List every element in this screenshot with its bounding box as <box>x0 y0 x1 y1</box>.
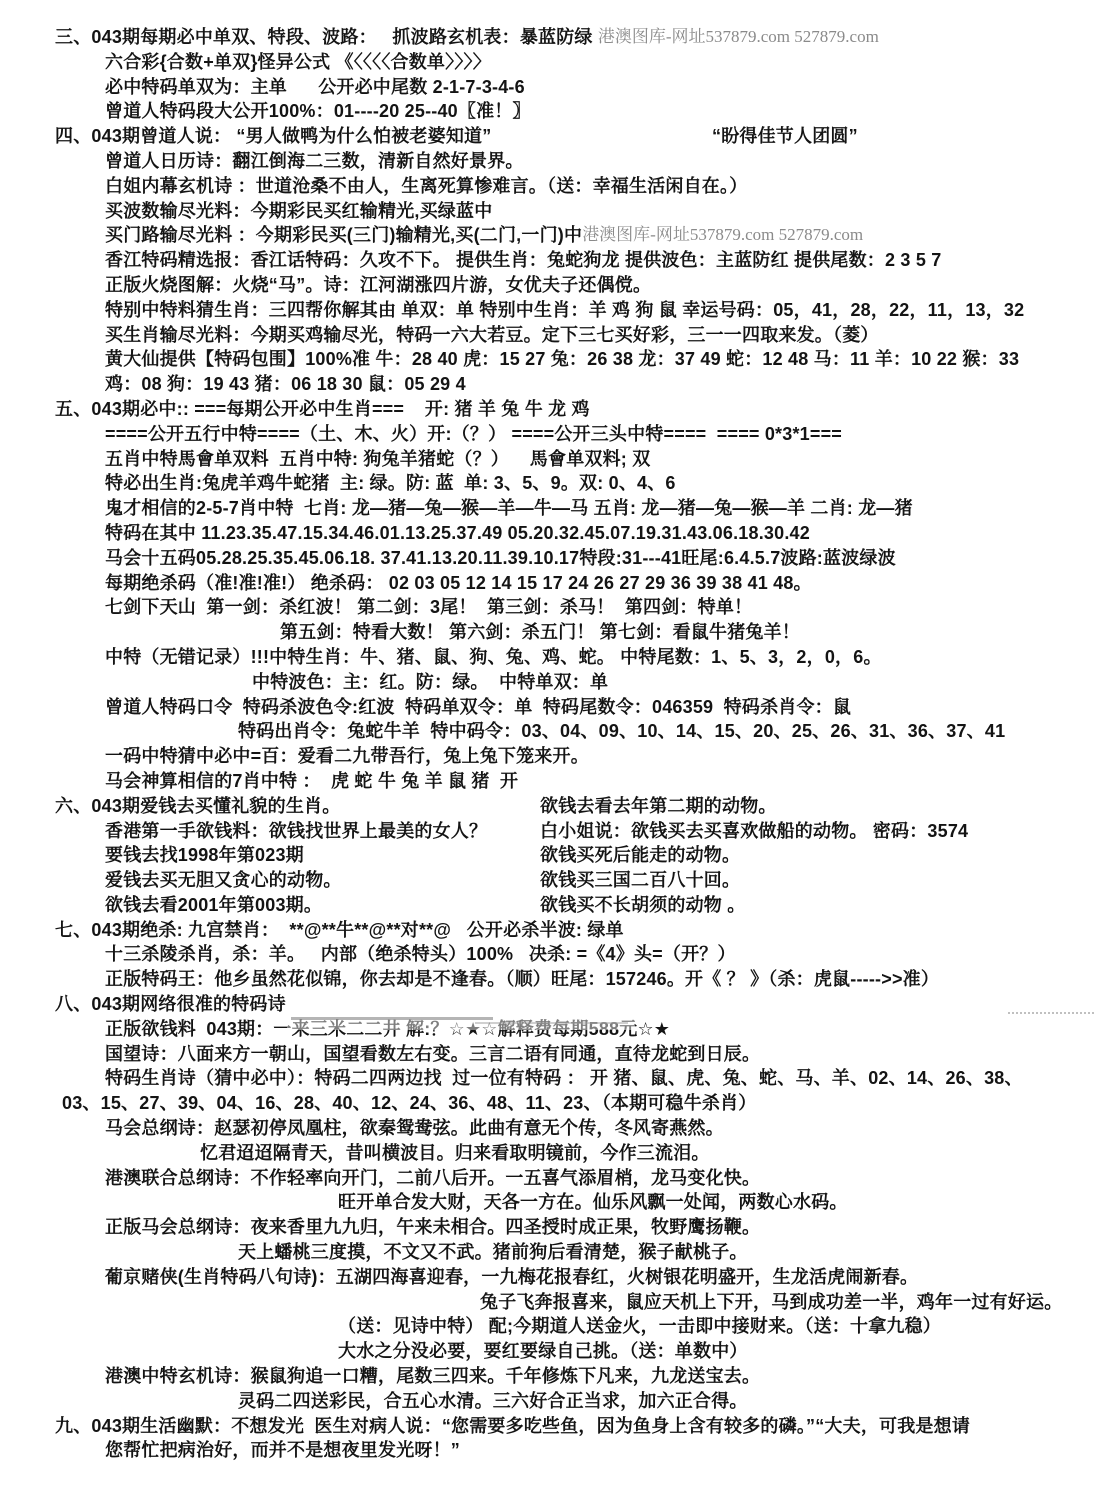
line-text: 四、043期曾道人说： “男人做鸭为什么怕被老婆知道” <box>55 126 491 146</box>
text-line: 正版火烧图解：火烧“马”。诗：江河湖涨四片游，女优夫子还偶傥。 <box>0 273 1120 298</box>
line-text: 七剑下天山 第一剑：杀红波！ 第二剑：3尾！ 第三剑：杀马！ 第四剑：特单！ <box>105 597 752 617</box>
text-line: 特别中特料猜生肖：三四帮你解其由 单双：单 特别中生肖：羊 鸡 狗 鼠 幸运号码… <box>0 298 1120 323</box>
line-text: 每期绝杀码（准!准!准!） 绝杀码： 02 03 05 12 14 15 17 … <box>105 573 812 593</box>
line-text: 正版欲钱料 043期：一来三米二二井 解:？☆★☆解释费每期588元☆★ <box>105 1019 670 1039</box>
line-text: 鸡：08 狗：19 43 猪：06 18 30 鼠：05 29 4 <box>105 374 466 394</box>
text-line: 买生肖输尽光料：今期买鸡输尽光，特码一六大若豆。定下三七买好彩，三一一四取来发。… <box>0 323 1120 348</box>
line-text-col2: 欲钱去看去年第二期的动物。 <box>540 794 777 819</box>
text-line: 香港第一手欲钱料：欲钱找世界上最美的女人？白小姐说：欲钱买去买喜欢做船的动物。 … <box>0 819 1120 844</box>
text-line: 一码中特猜中必中=百：爱看二九带吾行，兔上兔下笼来开。 <box>0 744 1120 769</box>
line-text: 买生肖输尽光料：今期买鸡输尽光，特码一六大若豆。定下三七买好彩，三一一四取来发。… <box>105 325 879 345</box>
text-line: 买波数输尽光料：今期彩民买红输精光,买绿蓝中 <box>0 199 1120 224</box>
text-line: 九、043期生活幽默：不想发光 医生对病人说：“您需要多吃些鱼，因为鱼身上含有较… <box>0 1414 1120 1439</box>
line-text: 曾道人日历诗：翻江倒海二三数，清新自然好景界。 <box>105 151 524 171</box>
line-text: 灵码二四送彩民，合五心水清。三六好合正当求，加六正合得。 <box>238 1391 748 1411</box>
line-text: 03、15、27、39、04、16、28、40、12、24、36、48、11、2… <box>62 1093 757 1113</box>
text-line: 大水之分没必要，要红要绿自己挑。（送：单数中） <box>0 1339 1120 1364</box>
text-line: 正版特码王：他乡虽然花似锦，你去却是不逢春。（顺）旺尾：157246。开《 ？ … <box>0 967 1120 992</box>
line-text: 正版火烧图解：火烧“马”。诗：江河湖涨四片游，女优夫子还偶傥。 <box>105 275 651 295</box>
text-line: 要钱去找1998年第023期欲钱买死后能走的动物。 <box>0 843 1120 868</box>
text-line: 曾道人特码段大公开100%：01----20 25--40〖准！〗 <box>0 99 1120 124</box>
line-text: 特必出生肖:兔虎羊鸡牛蛇猪 主: 绿。防: 蓝 单: 3、5、9。双: 0、4、… <box>105 473 676 493</box>
line-text: 第五剑：特看大数！ 第六剑：杀五门！ 第七剑：看鼠牛猪兔羊！ <box>280 622 800 642</box>
line-text-col2: 欲钱买三国二百八十回。 <box>540 868 740 893</box>
text-line: 特码出肖令：兔蛇牛羊 特中码令：03、04、09、10、14、15、20、25、… <box>0 719 1120 744</box>
line-text: （送：见诗中特） 配;今期道人送金火，一击即中接财来。（送：十拿九稳） <box>338 1316 941 1336</box>
line-text: 三、043期每期必中单双、特段、波路： 抓波路玄机表：暴蓝防绿 <box>55 27 598 47</box>
text-line: 特码在其中 11.23.35.47.15.34.46.01.13.25.37.4… <box>0 521 1120 546</box>
line-text: 六合彩{合数+单双}怪异公式 《〈〈〈〈合数单〉〉〉〉 <box>105 52 491 72</box>
line-text: 要钱去找1998年第023期 <box>105 845 304 865</box>
text-line: 特必出生肖:兔虎羊鸡牛蛇猪 主: 绿。防: 蓝 单: 3、5、9。双: 0、4、… <box>0 471 1120 496</box>
text-line: 七剑下天山 第一剑：杀红波！ 第二剑：3尾！ 第三剑：杀马！ 第四剑：特单！ <box>0 595 1120 620</box>
watermark-text: 港澳图库-网址537879.com 527879.com <box>598 27 879 46</box>
line-text: 天上蟠桃三度摸，不文又不武。猪前狗后看清楚，猴子献桃子。 <box>238 1242 748 1262</box>
text-line: ====公开五行中特====（土、木、火）开:（？） ====公开三头中特===… <box>0 422 1120 447</box>
text-line: 必中特码单双为：主单 公开必中尾数 2-1-7-3-4-6 <box>0 75 1120 100</box>
line-text: 白姐内幕玄机诗 ：世道沧桑不由人，生离死算惨难言。（送：幸福生活闲自在。） <box>105 176 747 196</box>
text-line: 马会总纲诗：赵瑟初停凤凰柱，欲秦鸳鸯弦。此曲有意无个传，冬风寄燕然。 <box>0 1116 1120 1141</box>
line-text: 曾道人特码口令 特码杀波色令:红波 特码单双令：单 特码尾数令：046359 特… <box>105 697 851 717</box>
text-line: 中特（无错记录）!!!中特生肖：牛、猪、鼠、狗、兔、鸡、蛇。 中特尾数：1、5、… <box>0 645 1120 670</box>
line-text-col2: 欲钱买不长胡须的动物 。 <box>540 893 745 918</box>
line-text: 您帮忙把病治好，而并不是想夜里发光呀！” <box>105 1440 460 1460</box>
line-text: 港澳中特玄机诗：猴鼠狗追一口糟，尾数三四来。千年修炼下凡来，九龙送宝去。 <box>105 1366 760 1386</box>
text-line: 鬼才相信的2-5-7肖中特 七肖: 龙—猪—兔—猴—羊—牛—马 五肖: 龙—猪—… <box>0 496 1120 521</box>
text-line: 十三杀陵杀肖，杀：羊。 内部（绝杀特头）100% 决杀: =《4》头=（开？） <box>0 942 1120 967</box>
line-text: 一码中特猜中必中=百：爱看二九带吾行，兔上兔下笼来开。 <box>105 746 589 766</box>
line-text: 大水之分没必要，要红要绿自己挑。（送：单数中） <box>338 1341 748 1361</box>
text-line: 港澳联合总纲诗：不作轻率向开门，二前八后开。一五喜气添眉梢，龙马变化快。 <box>0 1166 1120 1191</box>
text-line: 四、043期曾道人说： “男人做鸭为什么怕被老婆知道”“盼得佳节人团圆” <box>0 124 1120 149</box>
text-line: 正版欲钱料 043期：一来三米二二井 解:？☆★☆解释费每期588元☆★ <box>0 1017 1120 1042</box>
line-text: 马会总纲诗：赵瑟初停凤凰柱，欲秦鸳鸯弦。此曲有意无个传，冬风寄燕然。 <box>105 1118 724 1138</box>
line-text: 特码出肖令：兔蛇牛羊 特中码令：03、04、09、10、14、15、20、25、… <box>238 721 1005 741</box>
text-line: 八、043期网络很准的特码诗 <box>0 992 1120 1017</box>
line-text: 八、043期网络很准的特码诗 <box>55 994 286 1014</box>
line-text: 中特（无错记录）!!!中特生肖：牛、猪、鼠、狗、兔、鸡、蛇。 中特尾数：1、5、… <box>105 647 882 667</box>
line-text: 中特波色：主：红。防：绿。 中特单双：单 <box>252 672 608 692</box>
line-text: 鬼才相信的2-5-7肖中特 七肖: 龙—猪—兔—猴—羊—牛—马 五肖: 龙—猪—… <box>105 498 913 518</box>
line-text: 正版马会总纲诗：夜来香里九九归，午来未相合。四圣授时成正果，牧野鹰扬鞭。 <box>105 1217 760 1237</box>
text-line: 灵码二四送彩民，合五心水清。三六好合正当求，加六正合得。 <box>0 1389 1120 1414</box>
tips-document: 三、043期每期必中单双、特段、波路： 抓波路玄机表：暴蓝防绿 港澳图库-网址5… <box>0 0 1120 1463</box>
line-text: 国望诗：八面来方一朝山，国望看数左右变。三言二语有同通，直待龙蛇到日辰。 <box>105 1044 760 1064</box>
line-text: 旺开单合发大财，天各一方在。仙乐风飘一处闻，两数心水码。 <box>338 1192 848 1212</box>
line-text: 十三杀陵杀肖，杀：羊。 内部（绝杀特头）100% 决杀: =《4》头=（开？） <box>105 944 736 964</box>
text-line: （送：见诗中特） 配;今期道人送金火，一击即中接财来。（送：十拿九稳） <box>0 1314 1120 1339</box>
text-line: 旺开单合发大财，天各一方在。仙乐风飘一处闻，两数心水码。 <box>0 1190 1120 1215</box>
line-text: 爱钱去买无胆又贪心的动物。 <box>105 870 342 890</box>
line-text: 忆君迢迢隔青天，昔叫横波目。归来看取明镜前，今作三流泪。 <box>200 1143 710 1163</box>
text-line: 特码生肖诗（猜中必中）：特码二四两边找 过一位有特码 ： 开 猪、鼠、虎、兔、蛇… <box>0 1066 1120 1091</box>
line-text: 马会十五码05.28.25.35.45.06.18. 37.41.13.20.1… <box>105 548 896 568</box>
line-text: 黄大仙提供【特码包围】100%准 牛：28 40 虎：15 27 兔：26 38… <box>105 349 1019 369</box>
line-text: 特码生肖诗（猜中必中）：特码二四两边找 过一位有特码 ： 开 猪、鼠、虎、兔、蛇… <box>105 1068 1023 1088</box>
line-text: 买门路输尽光料 ：今期彩民买(三门)输精光,买(二门,一门)中 <box>105 225 582 245</box>
text-line: 兔子飞奔报喜来，鼠应天机上下开，马到成功差一半，鸡年一过有好运。 <box>0 1290 1120 1315</box>
text-line: 葡京赌侠(生肖特码八句诗)：五湖四海喜迎春，一九梅花报春红，火树银花明盛开，生龙… <box>0 1265 1120 1290</box>
line-text: 香江特码精选报：香江话特码：久攻不下。 提供生肖：兔蛇狗龙 提供波色：主蓝防红 … <box>105 250 941 270</box>
watermark-text: 港澳图库-网址537879.com 527879.com <box>582 225 863 244</box>
line-text: 五、043期必中:: ===每期公开必中生肖=== 开: 猪 羊 兔 牛 龙 鸡 <box>55 399 590 419</box>
line-text: 必中特码单双为：主单 公开必中尾数 2-1-7-3-4-6 <box>105 77 525 97</box>
text-line: 香江特码精选报：香江话特码：久攻不下。 提供生肖：兔蛇狗龙 提供波色：主蓝防红 … <box>0 248 1120 273</box>
text-line: 七、043期绝杀: 九宫禁肖： **@**牛**@**对**@ 公开必杀半波: … <box>0 918 1120 943</box>
lottery-tips-page: 三、043期每期必中单双、特段、波路： 抓波路玄机表：暴蓝防绿 港澳图库-网址5… <box>0 0 1120 1501</box>
text-line: 国望诗：八面来方一朝山，国望看数左右变。三言二语有同通，直待龙蛇到日辰。 <box>0 1042 1120 1067</box>
line-text: 曾道人特码段大公开100%：01----20 25--40〖准！〗 <box>105 101 531 121</box>
line-text: 港澳联合总纲诗：不作轻率向开门，二前八后开。一五喜气添眉梢，龙马变化快。 <box>105 1168 760 1188</box>
line-text: 买波数输尽光料：今期彩民买红输精光,买绿蓝中 <box>105 201 492 221</box>
line-text: 特别中特料猜生肖：三四帮你解其由 单双：单 特别中生肖：羊 鸡 狗 鼠 幸运号码… <box>105 300 1024 320</box>
text-line: 中特波色：主：红。防：绿。 中特单双：单 <box>0 670 1120 695</box>
text-line: 三、043期每期必中单双、特段、波路： 抓波路玄机表：暴蓝防绿 港澳图库-网址5… <box>0 25 1120 50</box>
text-line: 正版马会总纲诗：夜来香里九九归，午来未相合。四圣授时成正果，牧野鹰扬鞭。 <box>0 1215 1120 1240</box>
text-line: 您帮忙把病治好，而并不是想夜里发光呀！” <box>0 1438 1120 1463</box>
text-line: 马会神算相信的7肖中特 ： 虎 蛇 牛 兔 羊 鼠 猪 开 <box>0 769 1120 794</box>
line-text: 葡京赌侠(生肖特码八句诗)：五湖四海喜迎春，一九梅花报春红，火树银花明盛开，生龙… <box>105 1267 918 1287</box>
text-line: 忆君迢迢隔青天，昔叫横波目。归来看取明镜前，今作三流泪。 <box>0 1141 1120 1166</box>
text-line: 曾道人日历诗：翻江倒海二三数，清新自然好景界。 <box>0 149 1120 174</box>
text-line: 五肖中特馬會单双料 五肖中特: 狗兔羊猪蛇（？） 馬會单双料; 双 <box>0 447 1120 472</box>
text-line: 港澳中特玄机诗：猴鼠狗追一口糟，尾数三四来。千年修炼下凡来，九龙送宝去。 <box>0 1364 1120 1389</box>
line-text: 香港第一手欲钱料：欲钱找世界上最美的女人？ <box>105 821 487 841</box>
line-text-col2: 欲钱买死后能走的动物。 <box>540 843 740 868</box>
text-line: 爱钱去买无胆又贪心的动物。欲钱买三国二百八十回。 <box>0 868 1120 893</box>
text-line: 六合彩{合数+单双}怪异公式 《〈〈〈〈合数单〉〉〉〉 <box>0 50 1120 75</box>
line-text: 六、043期爱钱去买懂礼貌的生肖。 <box>55 796 340 816</box>
text-line: 第五剑：特看大数！ 第六剑：杀五门！ 第七剑：看鼠牛猪兔羊！ <box>0 620 1120 645</box>
line-text: 七、043期绝杀: 九宫禁肖： **@**牛**@**对**@ 公开必杀半波: … <box>55 920 624 940</box>
text-line: 黄大仙提供【特码包围】100%准 牛：28 40 虎：15 27 兔：26 38… <box>0 347 1120 372</box>
text-line: 每期绝杀码（准!准!准!） 绝杀码： 02 03 05 12 14 15 17 … <box>0 571 1120 596</box>
text-line: 欲钱去看2001年第003期。欲钱买不长胡须的动物 。 <box>0 893 1120 918</box>
text-line: 鸡：08 狗：19 43 猪：06 18 30 鼠：05 29 4 <box>0 372 1120 397</box>
line-text: 兔子飞奔报喜来，鼠应天机上下开，马到成功差一半，鸡年一过有好运。 <box>480 1292 1062 1312</box>
text-line: 03、15、27、39、04、16、28、40、12、24、36、48、11、2… <box>0 1091 1120 1116</box>
text-line: 天上蟠桃三度摸，不文又不武。猪前狗后看清楚，猴子献桃子。 <box>0 1240 1120 1265</box>
line-text: 五肖中特馬會单双料 五肖中特: 狗兔羊猪蛇（？） 馬會单双料; 双 <box>105 449 650 469</box>
line-text-col2: “盼得佳节人团圆” <box>712 124 858 149</box>
text-line: 买门路输尽光料 ：今期彩民买(三门)输精光,买(二门,一门)中港澳图库-网址53… <box>0 223 1120 248</box>
text-line: 白姐内幕玄机诗 ：世道沧桑不由人，生离死算惨难言。（送：幸福生活闲自在。） <box>0 174 1120 199</box>
line-text: 正版特码王：他乡虽然花似锦，你去却是不逢春。（顺）旺尾：157246。开《 ？ … <box>105 969 939 989</box>
line-text: ====公开五行中特====（土、木、火）开:（？） ====公开三头中特===… <box>105 424 842 444</box>
line-text: 特码在其中 11.23.35.47.15.34.46.01.13.25.37.4… <box>105 523 810 543</box>
text-line: 五、043期必中:: ===每期公开必中生肖=== 开: 猪 羊 兔 牛 龙 鸡 <box>0 397 1120 422</box>
line-text: 马会神算相信的7肖中特 ： 虎 蛇 牛 兔 羊 鼠 猪 开 <box>105 771 518 791</box>
text-line: 曾道人特码口令 特码杀波色令:红波 特码单双令：单 特码尾数令：046359 特… <box>0 695 1120 720</box>
line-text: 欲钱去看2001年第003期。 <box>105 895 322 915</box>
text-line: 六、043期爱钱去买懂礼貌的生肖。欲钱去看去年第二期的动物。 <box>0 794 1120 819</box>
text-line: 马会十五码05.28.25.35.45.06.18. 37.41.13.20.1… <box>0 546 1120 571</box>
line-text: 九、043期生活幽默：不想发光 医生对病人说：“您需要多吃些鱼，因为鱼身上含有较… <box>55 1416 970 1436</box>
line-text-col2: 白小姐说：欲钱买去买喜欢做船的动物。 密码：3574 <box>540 819 968 844</box>
